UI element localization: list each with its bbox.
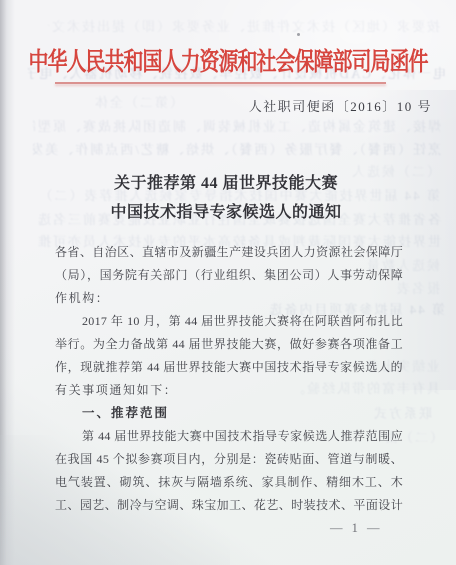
document-title-line2: 中国技术指导专家候选人的通知 bbox=[0, 198, 452, 227]
document-title-line1: 关于推荐第 44 届世界技能大赛 bbox=[0, 169, 452, 198]
body-line: 举行。为全力备战第 44 届世界技能大赛，做好参赛各项准备工 bbox=[55, 333, 403, 356]
body-line: 有关事项通知如下： bbox=[55, 379, 403, 402]
body-line: 各省、自治区、直辖市及新疆生产建设兵团人力资源社会保障厅 bbox=[55, 241, 403, 264]
body-line: 2017 年 10 月，第 44 届世界技能大赛将在阿联酋阿布扎比 bbox=[55, 310, 403, 333]
bleedthrough-line: 烹饪（西餐）、餐厅服务（西餐）、烘焙、糖艺/西点制作、美发、 bbox=[33, 142, 441, 158]
bleedthrough-line: （第二）全体 bbox=[33, 95, 183, 111]
scanned-document-page: 按要求（地区）技术文件推进、业务要求（即）提出技术文件（何） 电一体化、CAD机… bbox=[0, 0, 456, 565]
bleedthrough-line: 按要求（地区）技术文件推进、业务要求（即）提出技术文件（何） bbox=[48, 19, 440, 35]
body-line: 作，现就推荐第 44 届世界技能大赛中国技术指导专家候选人的 bbox=[55, 356, 403, 379]
body-line: 电气装置、砌筑、抹灰与隔墙系统、家具制作、精细木工、木 bbox=[55, 471, 403, 494]
doc-number: 人社职司便函〔2016〕10 号 bbox=[249, 96, 432, 115]
body-line: 在我国 45 个拟参赛项目内，分别是：瓷砖贴面、管道与制暖、 bbox=[55, 448, 403, 471]
document-title: 关于推荐第 44 届世界技能大赛 中国技术指导专家候选人的通知 bbox=[0, 169, 452, 227]
letterhead-rule bbox=[55, 82, 386, 84]
bleedthrough-line: 焊接、建筑金属构造、工业机械装调、制造团队挑战赛、原型制作、 bbox=[33, 119, 441, 135]
body-line: 工、园艺、制冷与空调、珠宝加工、花艺、时装技术、平面设计 bbox=[55, 494, 403, 517]
body-line: 第 44 届世界技能大赛中国技术指导专家候选人推荐范围应 bbox=[55, 425, 403, 448]
section-heading: 一、推荐范围 bbox=[55, 402, 403, 425]
letterhead-title: 中华人民共和国人力资源和社会保障部司局函件 bbox=[20, 41, 436, 77]
document-body: 各省、自治区、直辖市及新疆生产建设兵团人力资源社会保障厅 （局），国务院有关部门… bbox=[55, 241, 403, 517]
page-number: — 1 — bbox=[330, 521, 383, 536]
body-line: 作机构： bbox=[55, 287, 403, 310]
body-line: （局），国务院有关部门（行业组织、集团公司）人事劳动保障工 bbox=[55, 264, 403, 287]
